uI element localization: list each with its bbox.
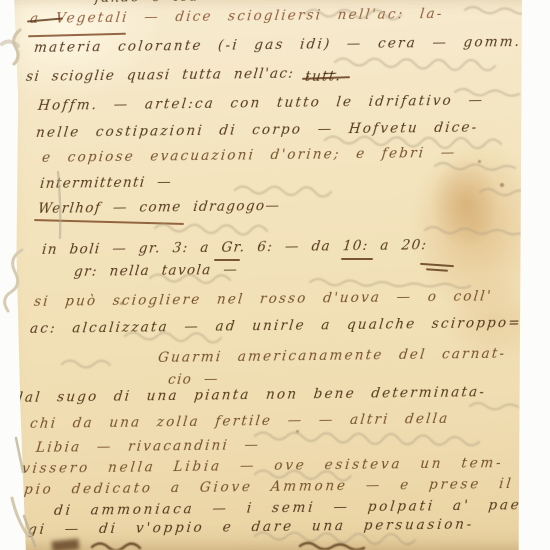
foxing-speck xyxy=(478,160,481,163)
manuscript-line: gi — di v'oppio e dare una persuasion- xyxy=(27,519,474,538)
binding-thread xyxy=(2,41,18,46)
manuscript-line: chi da una zolla fertile — — altri della xyxy=(29,413,450,432)
manuscript-line: si può sciogliere nel rosso d'uova — o c… xyxy=(33,290,493,309)
page-edge-shadow xyxy=(51,539,79,550)
manuscript-photo: fando e tod — a Vegetali — dice scioglie… xyxy=(0,0,550,550)
manuscript-line: dal sugo di una pianta non bene determin… xyxy=(13,386,487,405)
ink-underline xyxy=(341,258,373,260)
manuscript-line: fando e tod — xyxy=(94,0,227,6)
foxing-speck xyxy=(296,430,299,433)
foxing-speck xyxy=(500,183,504,187)
ink-underline xyxy=(420,263,454,267)
manuscript-line: vissero nella Libia — ove esisteva un te… xyxy=(21,457,504,476)
manuscript-line: Guarmi americanamente del carnat- xyxy=(157,348,507,366)
manuscript-line: di ammoniaca — i semi — polpati a' paesi xyxy=(53,499,539,518)
ink-underline xyxy=(28,33,126,38)
manuscript-line: a Vegetali — dice sciogliersi nell'ac: l… xyxy=(29,8,444,27)
manuscript-line: si scioglie quasi tutta nell'ac: . — xyxy=(25,67,339,84)
manuscript-line: in boli — gr. 3: a Gr. 6: — da 10: a 20: xyxy=(41,239,428,257)
manuscript-line: intermittenti — xyxy=(39,176,173,191)
ink-underline xyxy=(34,219,184,225)
manuscript-line: Werlhof — come idragogo— xyxy=(37,200,281,216)
manuscript-line: nelle costipazioni di corpo — Hofvetu di… xyxy=(35,122,479,141)
manuscript-line: pio dedicato a Giove Ammone — e prese il… xyxy=(23,477,550,497)
ink-underline xyxy=(426,268,448,272)
foxing-speck xyxy=(120,302,123,305)
cutoff-line-strokes xyxy=(92,543,364,550)
manuscript-line: Libia — rivacandini — xyxy=(35,439,261,455)
manuscript-page: fando e tod — a Vegetali — dice scioglie… xyxy=(0,0,550,550)
manuscript-line: ac: alcalizzata — ad unirle a qualche sc… xyxy=(29,317,522,337)
manuscript-line: cio — xyxy=(167,373,219,387)
ink-underline xyxy=(214,259,240,261)
manuscript-line: gr: nella tavola — xyxy=(73,264,239,280)
manuscript-line: e copiose evacuazioni d'orine; e febri — xyxy=(41,147,457,166)
manuscript-line: materia colorante (-i gas idi) — cera — … xyxy=(33,36,522,55)
manuscript-line: Hoffm. — artel:ca con tutto le idrifativ… xyxy=(37,95,485,114)
